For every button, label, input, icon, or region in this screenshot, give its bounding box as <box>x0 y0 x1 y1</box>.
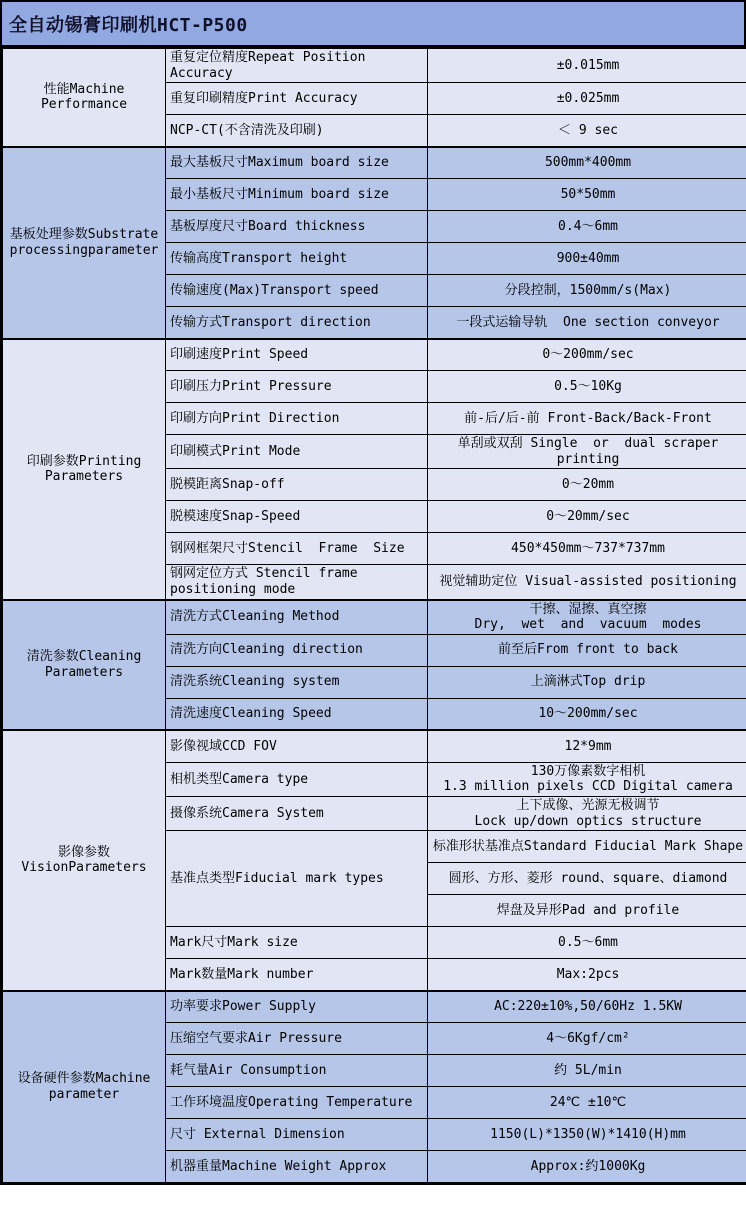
param-cell: 脱模速度Snap-Speed <box>166 501 428 533</box>
category-cell: 清洗参数Cleaning Parameters <box>3 600 166 731</box>
param-cell: 印刷速度Print Speed <box>166 339 428 371</box>
value-cell: 0～20mm <box>428 469 746 501</box>
param-cell: 影像视域CCD FOV <box>166 730 428 762</box>
value-cell: 前-后/后-前 Front-Back/Back-Front <box>428 403 746 435</box>
table-row: 设备硬件参数Machine parameter功率要求Power SupplyA… <box>3 991 746 1023</box>
value-cell: 450*450mm～737*737mm <box>428 533 746 565</box>
param-cell: 功率要求Power Supply <box>166 991 428 1023</box>
value-cell: 130万像素数字相机 1.3 million pixels CCD Digita… <box>428 762 746 796</box>
param-cell: 印刷压力Print Pressure <box>166 371 428 403</box>
value-cell: ±0.025mm <box>428 83 746 115</box>
value-cell: ±0.015mm <box>428 48 746 83</box>
value-cell: AC:220±10%,50/60Hz 1.5KW <box>428 991 746 1023</box>
param-cell: 清洗系统Cleaning system <box>166 666 428 698</box>
value-cell: 标准形状基准点Standard Fiducial Mark Shape <box>428 831 746 863</box>
param-cell: 传输速度(Max)Transport speed <box>166 275 428 307</box>
value-cell: 焊盘及异形Pad and profile <box>428 895 746 927</box>
table-row: 基板处理参数Substrate processingparameter最大基板尺… <box>3 147 746 179</box>
param-cell: 基板厚度尺寸Board thickness <box>166 211 428 243</box>
value-cell: Max:2pcs <box>428 959 746 991</box>
param-cell: 尺寸 External Dimension <box>166 1119 428 1151</box>
value-cell: 10～200mm/sec <box>428 698 746 730</box>
param-cell: 最大基板尺寸Maximum board size <box>166 147 428 179</box>
param-cell: 传输方式Transport direction <box>166 307 428 339</box>
table-row: 清洗参数Cleaning Parameters清洗方式Cleaning Meth… <box>3 600 746 635</box>
value-cell: 前至后From front to back <box>428 634 746 666</box>
value-cell: 500mm*400mm <box>428 147 746 179</box>
param-cell: 印刷方向Print Direction <box>166 403 428 435</box>
spec-sheet: 全自动锡膏印刷机HCT-P500 性能Machine Performance重复… <box>0 0 746 1185</box>
value-cell: ＜ 9 sec <box>428 115 746 147</box>
value-cell: 0～20mm/sec <box>428 501 746 533</box>
value-cell: 圆形、方形、菱形 round、square、diamond <box>428 863 746 895</box>
category-cell: 印刷参数Printing Parameters <box>3 339 166 600</box>
spec-table-body: 性能Machine Performance重复定位精度Repeat Positi… <box>3 48 746 1183</box>
param-cell: 印刷模式Print Mode <box>166 435 428 469</box>
table-row: 性能Machine Performance重复定位精度Repeat Positi… <box>3 48 746 83</box>
param-cell: 工作环境温度Operating Temperature <box>166 1087 428 1119</box>
table-row: 影像参数 VisionParameters影像视域CCD FOV12*9mm <box>3 730 746 762</box>
value-cell: 50*50mm <box>428 179 746 211</box>
value-cell: 12*9mm <box>428 730 746 762</box>
param-cell: Mark尺寸Mark size <box>166 927 428 959</box>
param-cell: 清洗方式Cleaning Method <box>166 600 428 635</box>
value-cell: 0.5～6mm <box>428 927 746 959</box>
value-cell: 上滴淋式Top drip <box>428 666 746 698</box>
value-cell: 0.4～6mm <box>428 211 746 243</box>
param-cell: NCP-CT(不含清洗及印刷) <box>166 115 428 147</box>
category-cell: 设备硬件参数Machine parameter <box>3 991 166 1183</box>
param-cell: 相机类型Camera type <box>166 762 428 796</box>
value-cell: 视觉辅助定位 Visual-assisted positioning <box>428 565 746 600</box>
value-cell: 上下成像、光源无极调节 Lock up/down optics structur… <box>428 796 746 830</box>
value-cell: 0～200mm/sec <box>428 339 746 371</box>
value-cell: 900±40mm <box>428 243 746 275</box>
value-cell: 约 5L/min <box>428 1055 746 1087</box>
page-title: 全自动锡膏印刷机HCT-P500 <box>2 2 744 47</box>
value-cell: 24℃ ±10℃ <box>428 1087 746 1119</box>
category-cell: 基板处理参数Substrate processingparameter <box>3 147 166 339</box>
param-cell: 机器重量Machine Weight Approx <box>166 1151 428 1183</box>
value-cell: 一段式运输导轨 One section conveyor <box>428 307 746 339</box>
value-cell: 干擦、湿擦、真空擦 Dry, wet and vacuum modes <box>428 600 746 635</box>
category-cell: 影像参数 VisionParameters <box>3 730 166 990</box>
param-cell: 清洗方向Cleaning direction <box>166 634 428 666</box>
param-cell: 最小基板尺寸Minimum board size <box>166 179 428 211</box>
value-cell: 0.5～10Kg <box>428 371 746 403</box>
param-cell: 重复印刷精度Print Accuracy <box>166 83 428 115</box>
param-cell: Mark数量Mark number <box>166 959 428 991</box>
param-cell: 压缩空气要求Air Pressure <box>166 1023 428 1055</box>
value-cell: 分段控制，1500mm/s(Max) <box>428 275 746 307</box>
category-cell: 性能Machine Performance <box>3 48 166 147</box>
param-cell: 基准点类型Fiducial mark types <box>166 831 428 927</box>
param-cell: 传输高度Transport height <box>166 243 428 275</box>
param-cell: 重复定位精度Repeat Position Accuracy <box>166 48 428 83</box>
spec-table: 性能Machine Performance重复定位精度Repeat Positi… <box>2 47 746 1183</box>
value-cell: 4～6Kgf/cm² <box>428 1023 746 1055</box>
value-cell: 1150(L)*1350(W)*1410(H)mm <box>428 1119 746 1151</box>
value-cell: Approx:约1000Kg <box>428 1151 746 1183</box>
param-cell: 清洗速度Cleaning Speed <box>166 698 428 730</box>
table-row: 印刷参数Printing Parameters印刷速度Print Speed0～… <box>3 339 746 371</box>
param-cell: 耗气量Air Consumption <box>166 1055 428 1087</box>
param-cell: 摄像系统Camera System <box>166 796 428 830</box>
value-cell: 单刮或双刮 Single or dual scraper printing <box>428 435 746 469</box>
param-cell: 钢网框架尺寸Stencil Frame Size <box>166 533 428 565</box>
param-cell: 钢网定位方式 Stencil frame positioning mode <box>166 565 428 600</box>
param-cell: 脱模距离Snap-off <box>166 469 428 501</box>
